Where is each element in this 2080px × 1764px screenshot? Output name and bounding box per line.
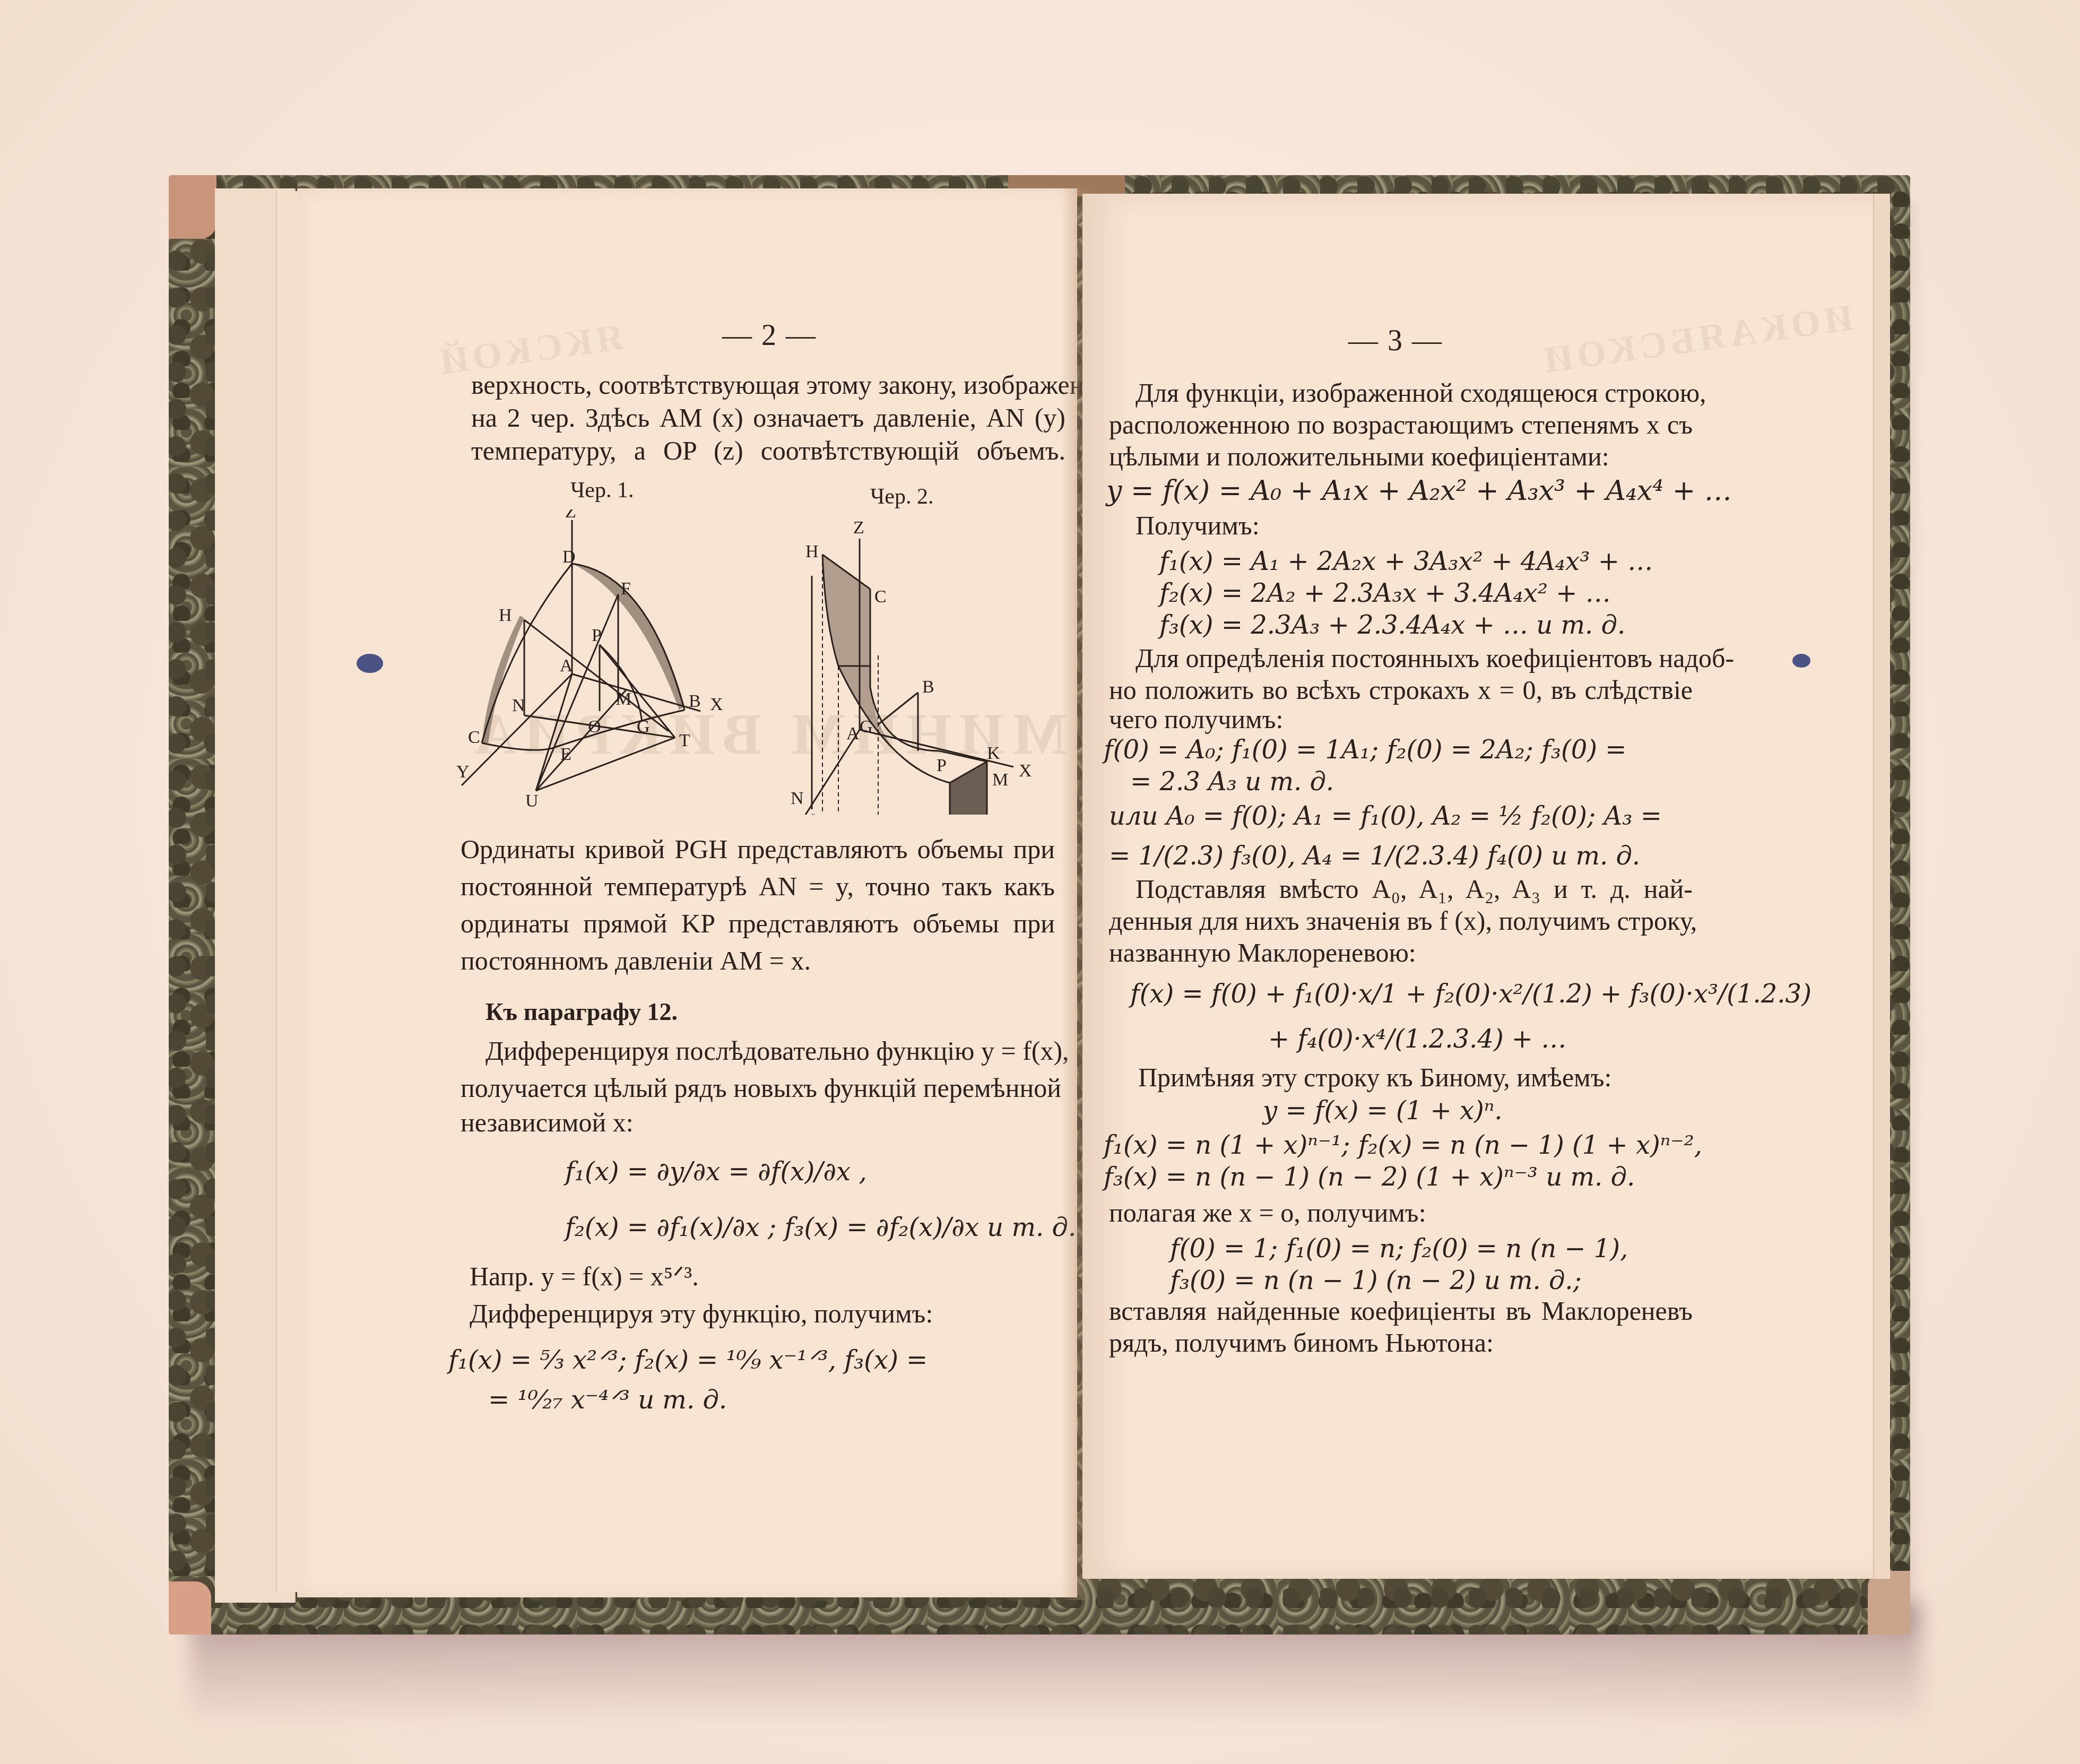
svg-text:G: G <box>860 717 873 737</box>
svg-text:X: X <box>710 695 723 714</box>
svg-text:A: A <box>846 724 860 743</box>
binomial-derivative-1: f₁(x) = n (1 + x)ⁿ⁻¹; f₂(x) = n (n − 1) … <box>1104 1130 1702 1160</box>
right-page-edge <box>1873 194 1890 1579</box>
formula-f2-f3-definition: f₂(x) = ∂f₁(x)/∂x ; f₃(x) = ∂f₂(x)/∂x и … <box>565 1213 1076 1242</box>
svg-text:N: N <box>791 789 804 808</box>
section-heading: Къ параграфу 12. <box>486 998 678 1026</box>
section-line-3: независимой x: <box>461 1109 634 1136</box>
binomial-at-zero-2: f₃(0) = n (n − 1) (n − 2) и т. д.; <box>1170 1266 1582 1295</box>
coef-line-1: Для опредѣленія постоянныхъ коефиціентов… <box>1136 645 1693 671</box>
page-number-right: — 3 — <box>1316 324 1475 358</box>
svg-text:T: T <box>679 731 690 750</box>
figure-1-diagram: Z D F H P A B X N M C O G T E Y U <box>456 509 753 807</box>
substitute-line-3: названную Маклореневою: <box>1109 939 1416 966</box>
binomial-formula: y = f(x) = (1 + x)ⁿ. <box>1263 1096 1502 1126</box>
ink-dot-right <box>1792 654 1810 668</box>
binomial-at-zero-1: f(0) = 1; f₁(0) = n; f₂(0) = n (n − 1), <box>1170 1234 1628 1264</box>
section-line-1: Дифференцируя послѣдовательно функцію y … <box>486 1037 1056 1064</box>
binomial-intro: Примѣняя эту строку къ Биному, имѣемъ: <box>1138 1064 1611 1091</box>
left-intro-line-3: температуру, а OP (z) соотвѣтствующій об… <box>471 437 1065 464</box>
closing-line-2: рядъ, получимъ биномъ Ньютона: <box>1109 1329 1494 1356</box>
section-line-2: получается цѣлый рядъ новыхъ функцій пер… <box>461 1075 1055 1101</box>
maclaurin-line-2: + f₄(0)·x⁴/(1.2.3.4) + … <box>1268 1024 1566 1054</box>
setting-line: полагая же x = o, получимъ: <box>1109 1199 1426 1226</box>
at-zero-line-2: = 2.3 A₃ и т. д. <box>1130 767 1334 797</box>
or-line-1: или A₀ = f(0); A₁ = f₁(0), A₂ = ½ f₂(0);… <box>1109 801 1662 831</box>
example-line: Напр. y = f(x) = x⁵ᐟ³. <box>470 1263 699 1290</box>
figure-1-caption: Чер. 1. <box>570 478 634 503</box>
cover-wear-top-left <box>169 175 216 239</box>
svg-text:K: K <box>987 743 1000 763</box>
svg-text:P: P <box>937 756 947 775</box>
svg-text:H: H <box>499 606 512 625</box>
left-text-line-3: ординаты прямой KP представляютъ объемы … <box>461 910 1055 937</box>
left-intro-line-1: верхность, соотвѣтствующая этому закону,… <box>471 371 1065 398</box>
page-number-left: — 2 — <box>690 318 849 352</box>
page-stack-left <box>276 191 299 1592</box>
left-text-line-4: постоянномъ давленіи AM = x. <box>461 947 811 974</box>
svg-text:C: C <box>468 728 480 747</box>
svg-text:D: D <box>562 547 576 567</box>
derivative-f3: f₃(x) = 2.3A₃ + 2.3.4A₄x + … и т. д. <box>1159 610 1625 640</box>
svg-text:B: B <box>922 677 934 697</box>
or-line-2: = 1/(2.3) f₃(0), A₄ = 1/(2.3.4) f₄(0) и … <box>1109 841 1640 871</box>
result-line-1: f₁(x) = ⁵⁄₃ x²ᐟ³; f₂(x) = ¹⁰⁄₉ x⁻¹ᐟ³, f₃… <box>448 1345 928 1375</box>
right-intro-line-1: Для функціи, изображенной сходящеюся стр… <box>1136 379 1693 406</box>
substitute-line-2: денныя для нихъ значенія въ f (x), получ… <box>1109 907 1693 934</box>
svg-text:M: M <box>992 770 1008 790</box>
obtain-label: Получимъ: <box>1136 512 1260 539</box>
differentiate-line: Дифференцируя эту функцію, получимъ: <box>470 1300 933 1327</box>
svg-text:U: U <box>525 791 539 807</box>
right-intro-line-3: цѣлыми и положительными коефиціентами: <box>1109 443 1609 470</box>
svg-text:Z: Z <box>565 509 576 522</box>
formula-f1-definition: f₁(x) = ∂y/∂x = ∂f(x)/∂x , <box>565 1157 867 1187</box>
svg-text:O: O <box>588 717 601 737</box>
svg-text:Z: Z <box>853 518 864 538</box>
substitute-line-1: Подставляя вмѣсто A₀, A₁, A₂, A₃ и т. д.… <box>1136 876 1693 902</box>
at-zero-line-1: f(0) = A₀; f₁(0) = 1A₁; f₂(0) = 2A₂; f₃(… <box>1104 735 1627 765</box>
svg-text:B: B <box>689 691 701 711</box>
svg-text:X: X <box>1019 761 1032 781</box>
left-intro-line-2: на 2 чер. Здѣсь AM (x) означаетъ давлені… <box>471 404 1065 431</box>
svg-text:G: G <box>637 717 650 737</box>
derivative-f1: f₁(x) = A₁ + 2A₂x + 3A₃x² + 4A₄x³ + … <box>1159 547 1653 576</box>
svg-text:F: F <box>621 579 631 599</box>
left-text-line-1: Ординаты кривой PGH представляютъ объемы… <box>461 836 1055 862</box>
svg-text:N: N <box>512 696 525 715</box>
figure-2-diagram: Z H C B K A G P X N M Y O <box>759 517 1056 815</box>
cover-wear-bottom-right <box>1868 1571 1910 1635</box>
binomial-derivative-2: f₃(x) = n (n − 1) (n − 2) (1 + x)ⁿ⁻³ и т… <box>1104 1162 1635 1192</box>
closing-line-1: вставляя найденные коефиціенты въ Маклор… <box>1109 1298 1693 1324</box>
coef-line-3: чего получимъ: <box>1109 706 1283 732</box>
power-series-formula: y = f(x) = A₀ + A₁x + A₂x² + A₃x³ + A₄x⁴… <box>1106 475 1732 507</box>
result-line-2: = ¹⁰⁄₂₇ x⁻⁴ᐟ³ и т. д. <box>488 1385 727 1415</box>
left-text-line-2: постоянной температурѣ AN = y, точно так… <box>461 873 1055 900</box>
figure-2-caption: Чер. 2. <box>870 484 933 509</box>
maclaurin-line-1: f(x) = f(0) + f₁(0)·x/1 + f₂(0)·x²/(1.2)… <box>1130 979 1812 1009</box>
derivative-f2: f₂(x) = 2A₂ + 2.3A₃x + 3.4A₄x² + … <box>1159 578 1611 608</box>
right-intro-line-2: расположенною по возрастающимъ степенямъ… <box>1109 411 1693 438</box>
svg-text:H: H <box>805 542 819 561</box>
svg-text:M: M <box>616 689 631 709</box>
coef-line-2: но положить во всѣхъ строкахъ x = 0, въ … <box>1109 677 1693 703</box>
svg-text:E: E <box>560 745 571 764</box>
svg-text:C: C <box>874 587 887 607</box>
svg-text:A: A <box>560 656 573 676</box>
svg-text:Y: Y <box>456 762 470 782</box>
ink-dot-left <box>357 654 383 673</box>
svg-text:P: P <box>592 626 602 645</box>
cover-wear-bottom-left <box>169 1581 211 1635</box>
